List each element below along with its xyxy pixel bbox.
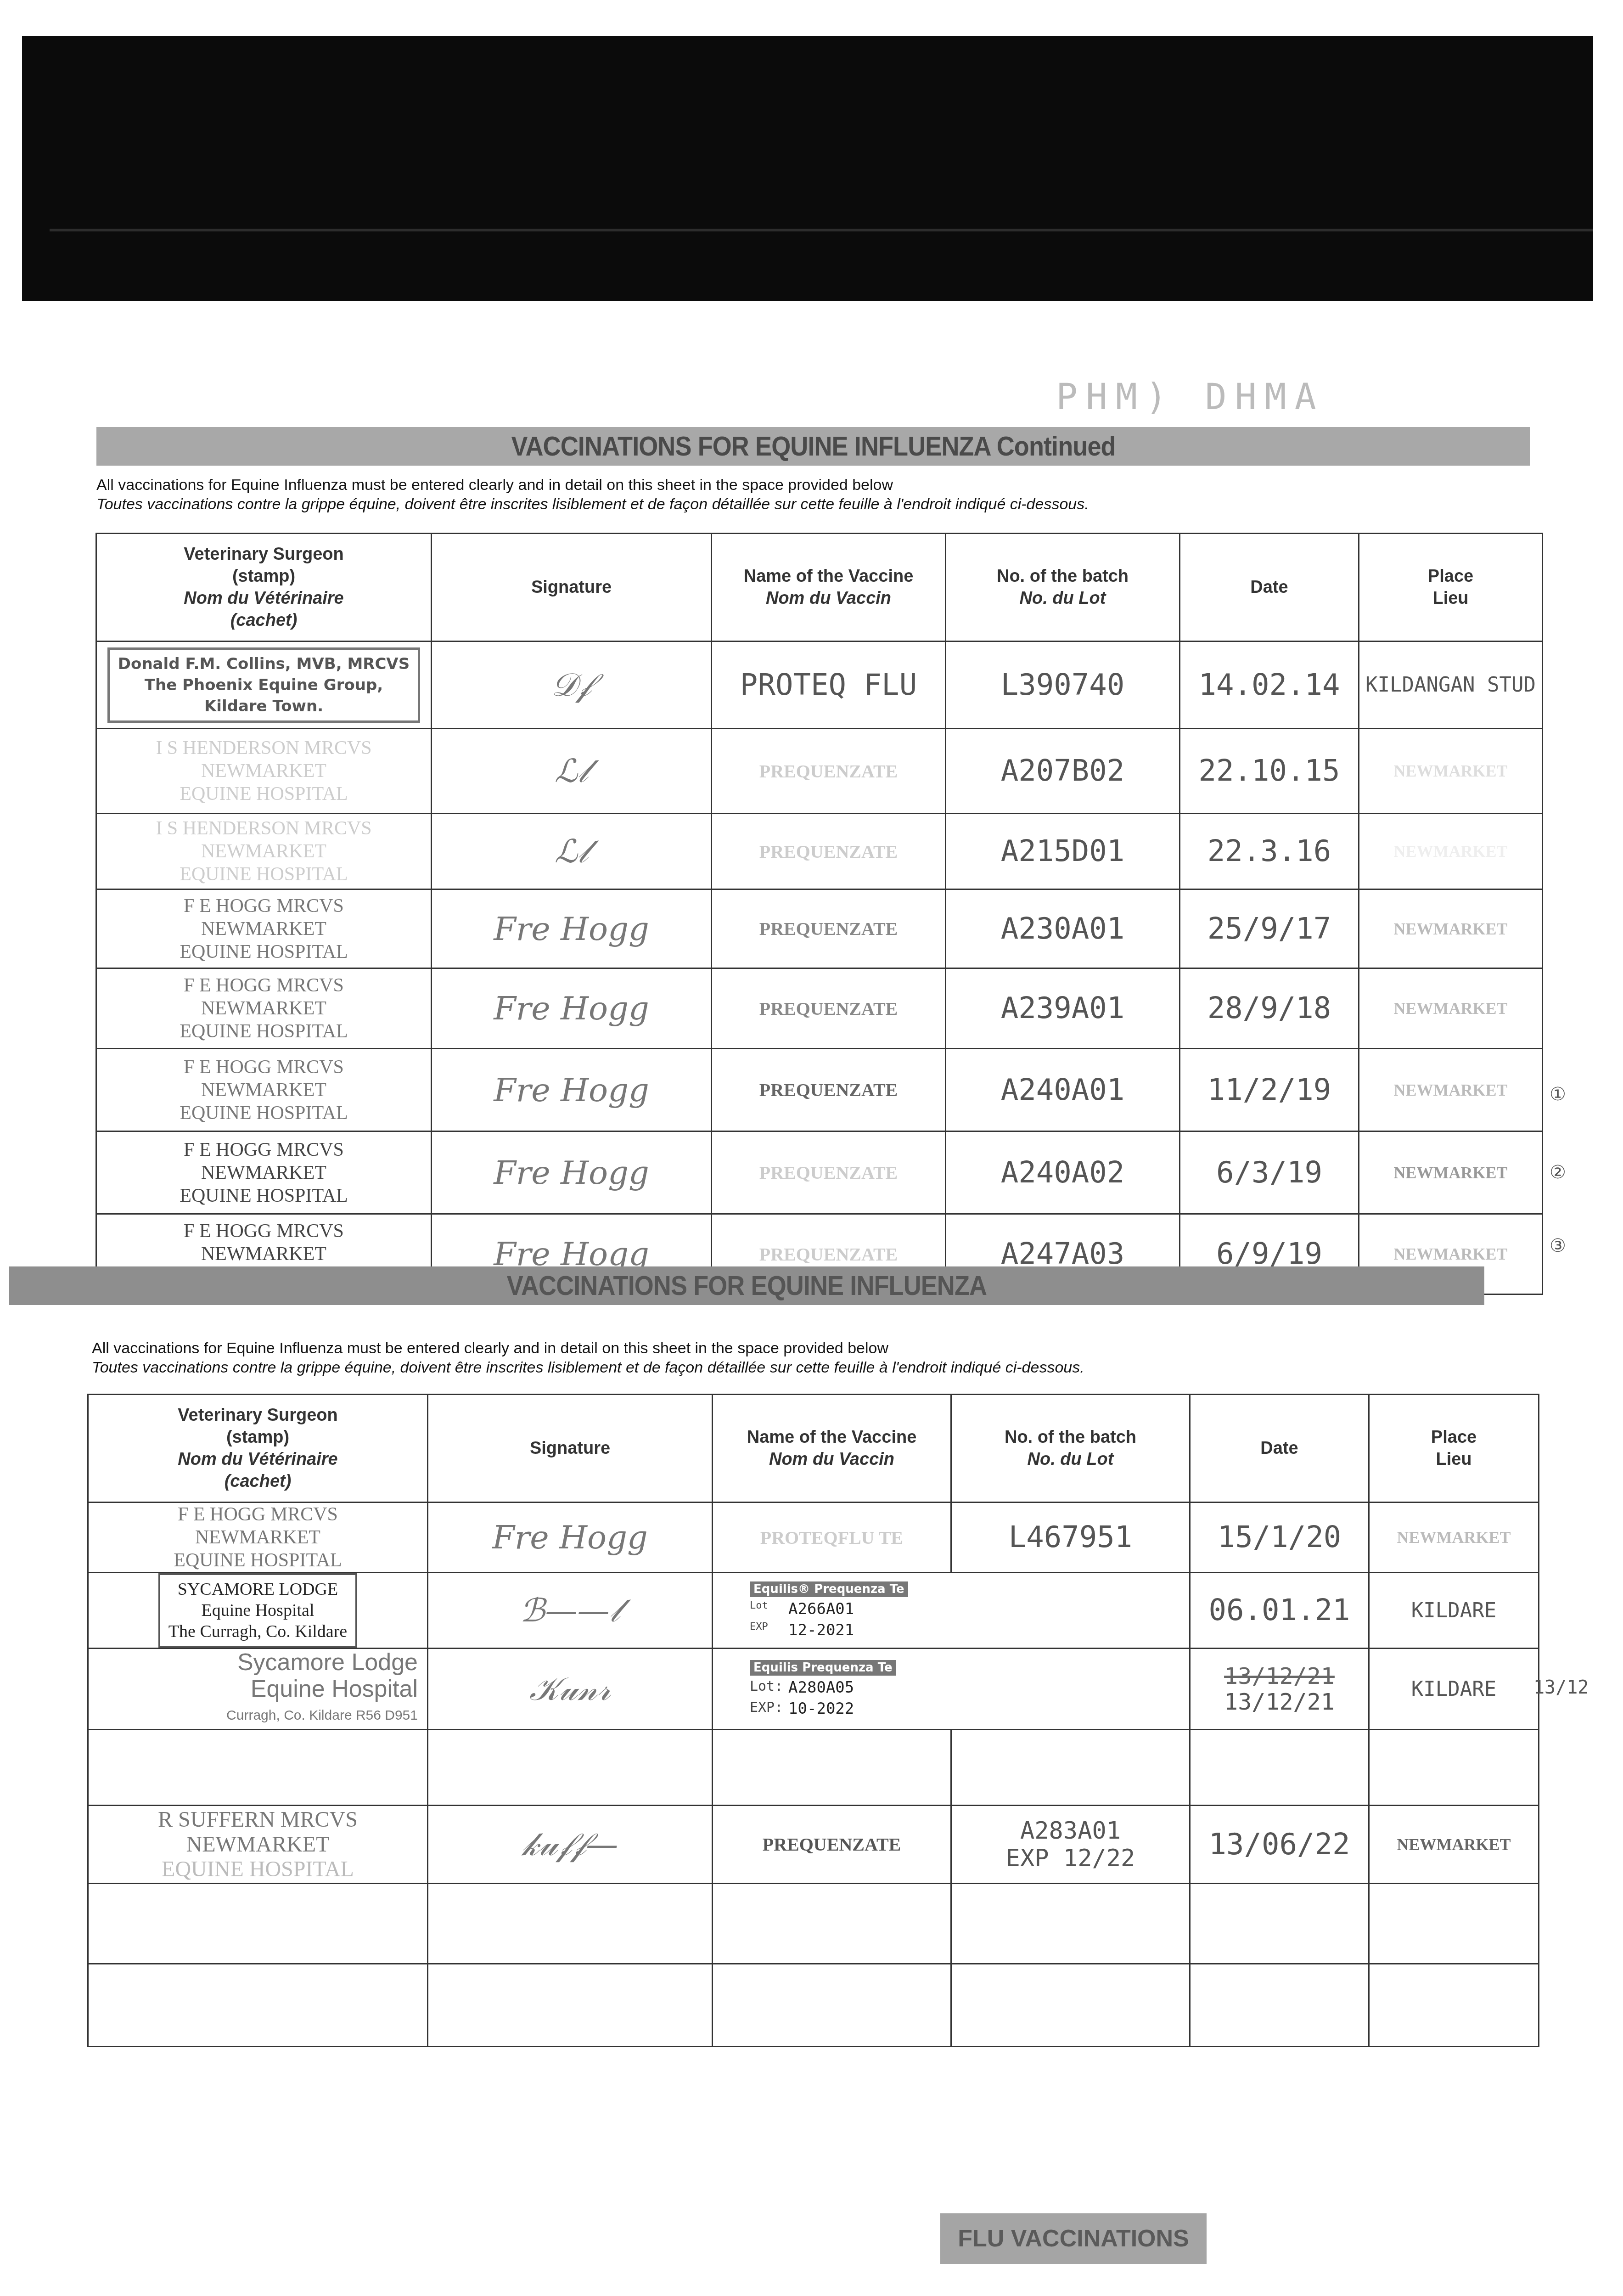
col-vaccine-header: Name of the VaccineNom du Vaccin [712,534,946,642]
vaccination-date [1190,1964,1369,2047]
batch-number: L390740 [946,642,1180,729]
sheet2-vaccination-table: Veterinary Surgeon(stamp)Nom du Vétérina… [87,1394,1539,2047]
col-batch-header: No. of the batchNo. du Lot [951,1395,1190,1503]
header-handwriting: PHM) DHMA [1056,377,1325,418]
vaccination-date: 14.02.14 [1180,642,1359,729]
batch-number: A240A01 [946,1049,1180,1131]
table-row-empty [88,1964,1539,2047]
vaccination-date [1190,1884,1369,1964]
batch-number: A230A01 [946,889,1180,968]
table-row: I S HENDERSON MRCVSNEWMARKETEQUINE HOSPI… [96,814,1543,889]
signature: ℒ𝓁 [432,729,712,814]
batch-number [951,1964,1190,2047]
table-row: Sycamore LodgeEquine HospitalCurragh, Co… [88,1649,1539,1730]
sheet2-instructions: All vaccinations for Equine Influenza mu… [92,1339,1084,1377]
vaccination-date: 28/9/18 [1180,968,1359,1049]
batch-number: A240A02 [946,1131,1180,1214]
redacted-region [22,36,1593,301]
signature: Fre Hogg [432,968,712,1049]
vet-stamp [88,1964,428,2047]
vet-stamp: R SUFFERN MRCVSNEWMARKETEQUINE HOSPITAL [88,1806,428,1884]
margin-note-3: ③ [1550,1235,1566,1256]
signature: Fre Hogg [432,1131,712,1214]
instruction-en: All vaccinations for Equine Influenza mu… [96,475,1089,495]
table-row: I S HENDERSON MRCVSNEWMARKETEQUINE HOSPI… [96,729,1543,814]
table-row: F E HOGG MRCVSNEWMARKETEQUINE HOSPITAL F… [96,1131,1543,1214]
vaccination-date: 25/9/17 [1180,889,1359,968]
margin-initials-note: 13/12 [1533,1676,1589,1699]
vaccine-batch-label: Equilis® Prequenza Te LotA266A01 EXP12-2… [713,1573,1190,1649]
col-vaccine-header: Name of the VaccineNom du Vaccin [713,1395,951,1503]
table-header-row: Veterinary Surgeon(stamp)Nom du Vétérina… [88,1395,1539,1503]
batch-number: A239A01 [946,968,1180,1049]
vaccine-name: PROTEQ FLU [712,642,946,729]
table-header-row: Veterinary Surgeon(stamp)Nom du Vétérina… [96,534,1543,642]
sheet1-banner: VACCINATIONS FOR EQUINE INFLUENZA Contin… [96,427,1530,466]
signature: ℒ𝓁 [432,814,712,889]
place [1369,1964,1539,2047]
vaccine-name: PREQUENZATE [712,889,946,968]
vet-stamp: I S HENDERSON MRCVSNEWMARKETEQUINE HOSPI… [96,729,432,814]
place: NEWMARKET [1359,968,1543,1049]
vet-stamp: F E HOGG MRCVSNEWMARKETEQUINE HOSPITAL [96,968,432,1049]
vaccine-sticker: Equilis Prequenza Te Lot:A280A05 EXP:10-… [750,1660,896,1718]
col-date-header: Date [1180,534,1359,642]
vaccine-sticker: Equilis® Prequenza Te LotA266A01 EXP12-2… [750,1581,908,1639]
vaccination-date: 13/06/22 [1190,1806,1369,1884]
vaccination-date: 22.3.16 [1180,814,1359,889]
table-row: F E HOGG MRCVSNEWMARKETEQUINE HOSPITAL F… [96,1049,1543,1131]
vaccine-name: PREQUENZATE [712,1131,946,1214]
col-place-header: PlaceLieu [1369,1395,1539,1503]
signature [428,1884,713,1964]
place: NEWMARKET [1359,729,1543,814]
signature: 𝒦𝓊𝓃𝓇 [428,1649,713,1730]
vet-stamp: F E HOGG MRCVSNEWMARKETEQUINE HOSPITAL [96,1049,432,1131]
vaccine-name: PREQUENZATE [712,1049,946,1131]
place: NEWMARKET [1369,1806,1539,1884]
batch-number: A207B02 [946,729,1180,814]
vaccination-date: 6/3/19 [1180,1131,1359,1214]
vet-stamp [88,1884,428,1964]
margin-note-2: ② [1550,1162,1566,1183]
vaccine-name: PROTEQFLU TE [713,1503,951,1573]
vet-stamp [88,1730,428,1806]
place [1369,1730,1539,1806]
vaccine-name [713,1730,951,1806]
vaccination-date: 06.01.21 [1190,1573,1369,1649]
vaccination-date: 15/1/20 [1190,1503,1369,1573]
batch-number: A215D01 [946,814,1180,889]
table-row: SYCAMORE LODGEEquine HospitalThe Curragh… [88,1573,1539,1649]
signature: Fre Hogg [432,1049,712,1131]
vet-stamp: SYCAMORE LODGEEquine HospitalThe Curragh… [88,1573,428,1649]
col-batch-header: No. of the batchNo. du Lot [946,534,1180,642]
vet-stamp: F E HOGG MRCVSNEWMARKETEQUINE HOSPITAL [96,889,432,968]
vaccination-date: 13/12/2113/12/21 [1190,1649,1369,1730]
sheet1-vaccination-table: Veterinary Surgeon(stamp)Nom du Vétérina… [95,533,1543,1295]
table-row-empty [88,1884,1539,1964]
vaccine-name: PREQUENZATE [712,968,946,1049]
signature: Fre Hogg [432,889,712,968]
table-row-empty [88,1730,1539,1806]
signature [428,1730,713,1806]
batch-number: L467951 [951,1503,1190,1573]
place: NEWMARKET [1359,889,1543,968]
col-vet-header: Veterinary Surgeon(stamp)Nom du Vétérina… [96,534,432,642]
signature: 𝓀𝓊𝒻𝒻— [428,1806,713,1884]
place: NEWMARKET [1359,814,1543,889]
footer-label: FLU VACCINATIONS [940,2213,1207,2264]
place: KILDARE [1369,1649,1539,1730]
signature: Fre Hogg [428,1503,713,1573]
instruction-en: All vaccinations for Equine Influenza mu… [92,1339,1084,1358]
vet-stamp: Donald F.M. Collins, MVB, MRCVSThe Phoen… [96,642,432,729]
vaccine-name [713,1964,951,2047]
batch-number [951,1884,1190,1964]
sheet1-instructions: All vaccinations for Equine Influenza mu… [96,475,1089,514]
vet-stamp: Sycamore LodgeEquine HospitalCurragh, Co… [88,1649,428,1730]
signature [428,1964,713,2047]
batch-number [951,1730,1190,1806]
sheet2-banner: VACCINATIONS FOR EQUINE INFLUENZA [9,1266,1484,1305]
col-date-header: Date [1190,1395,1369,1503]
place [1369,1884,1539,1964]
vaccination-date: 22.10.15 [1180,729,1359,814]
vet-stamp: F E HOGG MRCVSNEWMARKETEQUINE HOSPITAL [88,1503,428,1573]
vaccine-batch-label: Equilis Prequenza Te Lot:A280A05 EXP:10-… [713,1649,1190,1730]
vaccine-name [713,1884,951,1964]
vaccination-date [1190,1730,1369,1806]
instruction-fr: Toutes vaccinations contre la grippe équ… [96,495,1089,514]
place: NEWMARKET [1359,1049,1543,1131]
vaccination-date: 11/2/19 [1180,1049,1359,1131]
vaccine-name: PREQUENZATE [713,1806,951,1884]
signature: ℬ——𝓁 [428,1573,713,1649]
col-vet-header: Veterinary Surgeon(stamp)Nom du Vétérina… [88,1395,428,1503]
vet-stamp: I S HENDERSON MRCVSNEWMARKETEQUINE HOSPI… [96,814,432,889]
col-signature-header: Signature [432,534,712,642]
place: KILDARE [1369,1573,1539,1649]
place: NEWMARKET [1369,1503,1539,1573]
vaccine-name: PREQUENZATE [712,729,946,814]
vet-stamp: F E HOGG MRCVSNEWMARKETEQUINE HOSPITAL [96,1131,432,1214]
col-place-header: PlaceLieu [1359,534,1543,642]
batch-number: A283A01EXP 12/22 [951,1806,1190,1884]
table-row: R SUFFERN MRCVSNEWMARKETEQUINE HOSPITAL … [88,1806,1539,1884]
instruction-fr: Toutes vaccinations contre la grippe équ… [92,1358,1084,1377]
table-row: Donald F.M. Collins, MVB, MRCVSThe Phoen… [96,642,1543,729]
table-row: F E HOGG MRCVSNEWMARKETEQUINE HOSPITAL F… [88,1503,1539,1573]
table-row: F E HOGG MRCVSNEWMARKETEQUINE HOSPITAL F… [96,889,1543,968]
table-row: F E HOGG MRCVSNEWMARKETEQUINE HOSPITAL F… [96,968,1543,1049]
place: KILDANGAN STUD [1359,642,1543,729]
place: NEWMARKET [1359,1131,1543,1214]
signature: 𝒟𝒻 [432,642,712,729]
margin-note-1: ① [1550,1084,1566,1105]
col-signature-header: Signature [428,1395,713,1503]
vaccine-name: PREQUENZATE [712,814,946,889]
